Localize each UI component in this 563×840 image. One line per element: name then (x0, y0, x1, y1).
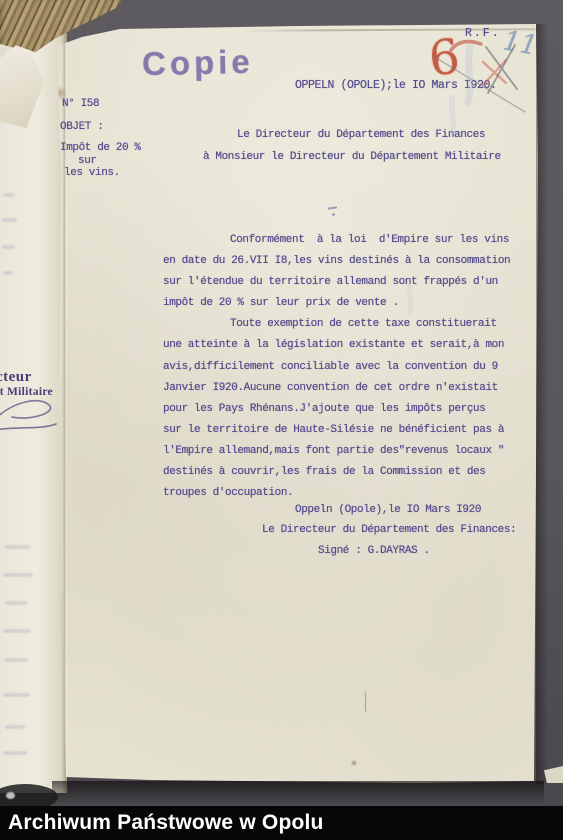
body-line: sur l'étendue du territoire allemand son… (163, 272, 533, 293)
typed-dash-mark (328, 206, 337, 209)
bleed-through-mark (3, 629, 31, 633)
bleed-through-mark (3, 693, 30, 697)
bleed-through-mark (2, 218, 17, 222)
body-line: destinés à couvrir,les frais de la Commi… (163, 462, 533, 483)
body-line: sur le territoire de Haute-Silésie ne bé… (163, 420, 533, 441)
photo-background: cteur nt Militaire Copie R.F. OPPELN (OP… (0, 0, 563, 806)
archive-caption-bar: Archiwum Państwowe w Opolu (0, 806, 563, 840)
page-bottom-shadow (52, 781, 544, 805)
typed-dot-mark (332, 213, 335, 216)
paper-speck (350, 760, 358, 766)
bleed-through-mark (3, 751, 27, 755)
page-right-shadow (536, 24, 548, 784)
letter-page: Copie R.F. OPPELN (OPOLE);le IO Mars I92… (0, 0, 563, 806)
bleed-through-mark (4, 658, 28, 662)
body-line: Conformément à la loi d'Empire sur les v… (163, 230, 533, 251)
body-line: Janvier I920.Aucune convention de cet or… (163, 378, 533, 399)
objet-line1: Impôt de 20 % (60, 142, 141, 154)
archive-caption-text: Archiwum Państwowe w Opolu (0, 806, 563, 839)
bleed-through-mark (2, 245, 15, 249)
bleed-through-mark (3, 271, 13, 275)
objet-label: OBJET : (60, 121, 103, 133)
bottom-left-speck (6, 792, 15, 799)
objet-line3: les vins. (64, 167, 120, 179)
body-line: l'Empire allemand,mais font partie des"r… (163, 441, 533, 462)
bleed-through-mark (5, 601, 27, 605)
body-line: Toute exemption de cette taxe constituer… (163, 314, 533, 335)
under-page-stamp-line2: nt Militaire (0, 386, 53, 398)
body-line: en date du 26.VII I8,les vins destinés à… (163, 251, 533, 272)
dateline: OPPELN (OPOLE);le IO Mars I920. (295, 79, 497, 92)
copy-stamp: Copie (142, 43, 254, 83)
objet-line2: sur (78, 155, 97, 167)
rf-mark: R.F. (465, 27, 501, 40)
closing-place-date: Oppeln (Opole),le IO Mars I920 (295, 504, 481, 516)
reference-number: N° I58 (62, 98, 99, 110)
bleed-through-mark (3, 193, 15, 197)
bleed-through-mark (3, 573, 33, 577)
underlying-page (0, 33, 67, 793)
archival-scan: cteur nt Militaire Copie R.F. OPPELN (OP… (0, 0, 563, 840)
bleed-through-mark (4, 545, 30, 549)
under-page-stamp-line1: cteur (0, 369, 32, 386)
blue-pencil-number: 11 (501, 25, 540, 61)
closing-signer-title: Le Directeur du Département des Finances… (262, 524, 516, 536)
bleed-through-mark (5, 725, 25, 729)
body-line: une atteinte à la législation existante … (163, 335, 533, 356)
body-line: impôt de 20 % sur leur prix de vente . (163, 293, 533, 314)
body-line: pour les Pays Rhénans.J'ajoute que les i… (163, 399, 533, 420)
body-line: troupes d'occupation. (163, 483, 533, 504)
red-crayon-number: 6 (426, 29, 462, 88)
closing-signature: Signé : G.DAYRAS . (318, 545, 430, 557)
body-line: avis,difficilement conciliable avec la c… (163, 357, 533, 378)
recipient-line: à Monsieur le Directeur du Département M… (203, 151, 501, 163)
sender-line: Le Directeur du Département des Finances (237, 129, 485, 141)
letter-body: Conformément à la loi d'Empire sur les v… (163, 230, 533, 504)
